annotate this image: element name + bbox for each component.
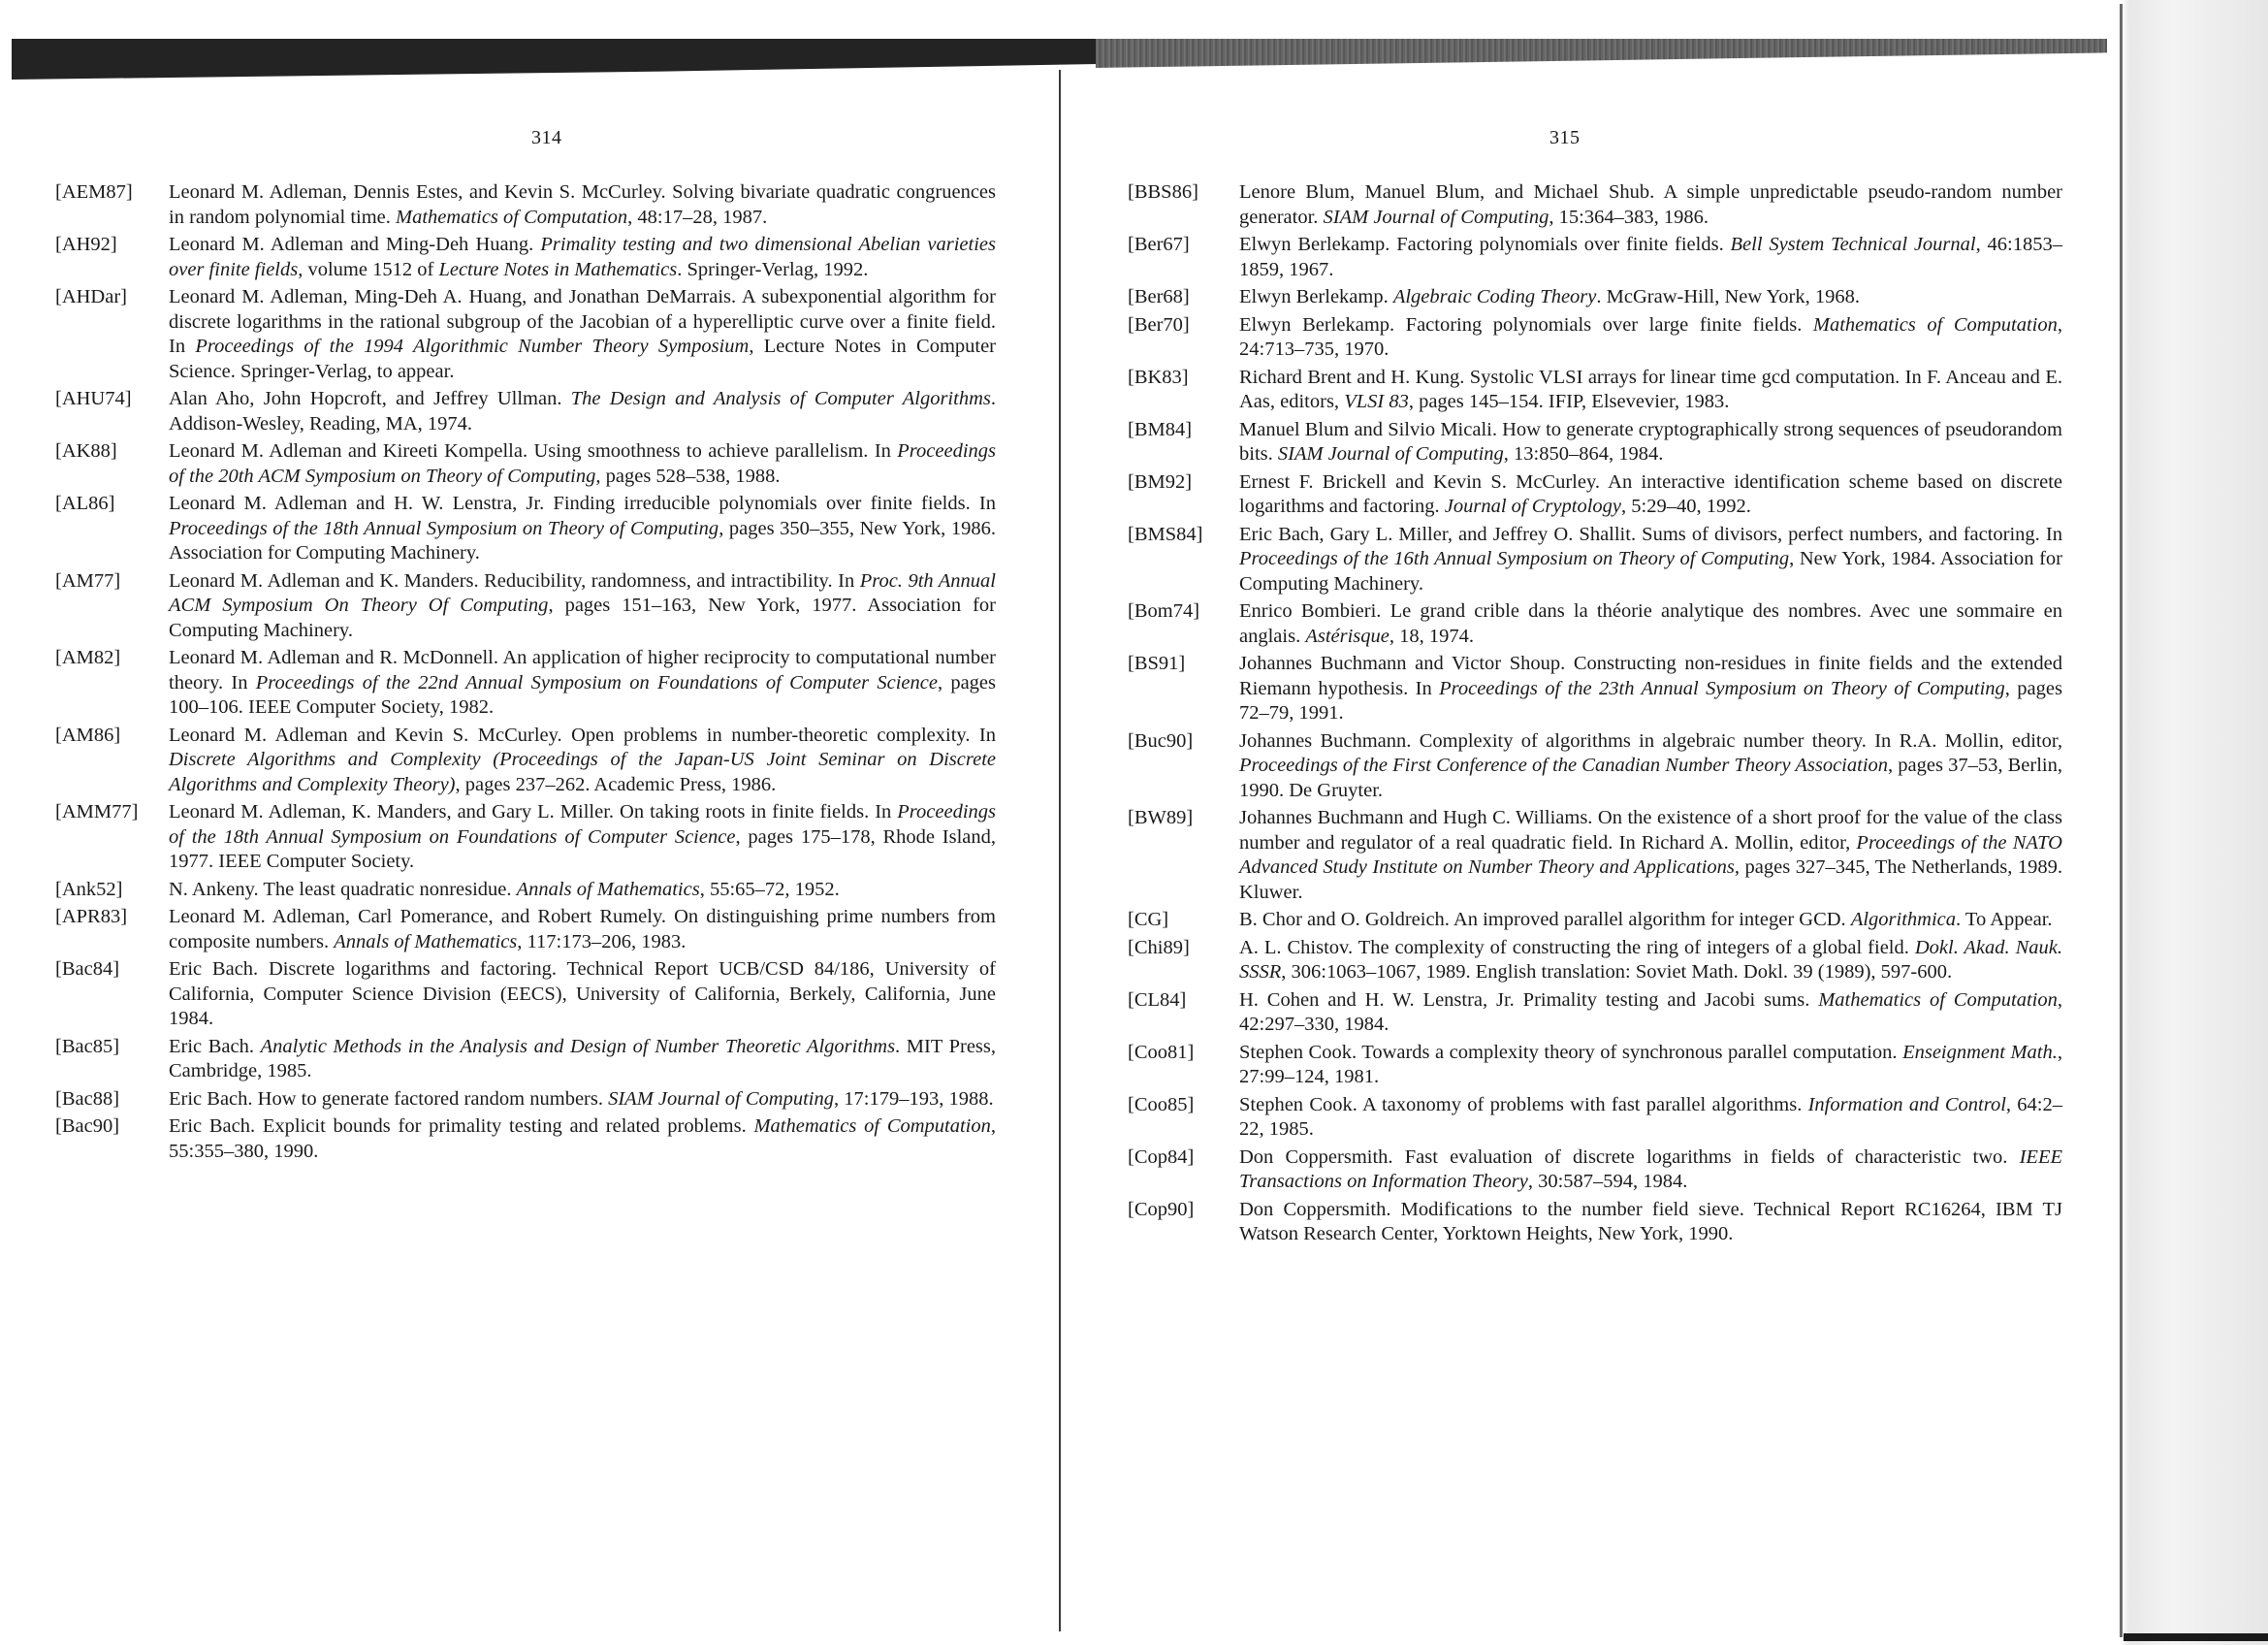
citation-title-italic: SIAM Journal of Computing <box>1324 207 1549 228</box>
citation-text-run: , 5:29–40, 1992. <box>1621 496 1751 517</box>
citation-text-run: , volume 1512 of <box>298 259 438 280</box>
citation-key: [AHU74] <box>55 387 169 436</box>
citation-text: Leonard M. Adleman and Kevin S. McCurley… <box>169 724 996 798</box>
citation-text-run: , 117:173–206, 1983. <box>517 931 686 952</box>
citation-key: [Coo85] <box>1128 1093 1239 1143</box>
citation-title-italic: Proceedings of the First Conference of t… <box>1239 755 1888 776</box>
citation-text: Eric Bach. Analytic Methods in the Analy… <box>169 1035 996 1084</box>
citation-text: Johannes Buchmann. Complexity of algorit… <box>1239 729 2062 804</box>
citation-text: Stephen Cook. Towards a complexity theor… <box>1239 1041 2062 1090</box>
bibliography-entry: [Bac85]Eric Bach. Analytic Methods in th… <box>55 1035 996 1084</box>
citation-title-italic: VLSI 83 <box>1344 391 1409 412</box>
citation-text-run: Johannes Buchmann. Complexity of algorit… <box>1239 730 2062 752</box>
citation-title-italic: Enseignment Math. <box>1902 1042 2058 1063</box>
citation-text: Eric Bach. Discrete logarithms and facto… <box>169 957 996 1032</box>
citation-text: Leonard M. Adleman, K. Manders, and Gary… <box>169 800 996 875</box>
citation-text: Ernest F. Brickell and Kevin S. McCurley… <box>1239 470 2062 520</box>
bibliography-entry: [BW89]Johannes Buchmann and Hugh C. Will… <box>1128 806 2062 905</box>
bibliography-entry: [Cop84]Don Coppersmith. Fast evaluation … <box>1128 1145 2062 1195</box>
citation-key: [AM86] <box>55 724 169 798</box>
citation-key: [APR83] <box>55 905 169 954</box>
bibliography-entry: [Ank52]N. Ankeny. The least quadratic no… <box>55 878 996 903</box>
citation-text: Leonard M. Adleman and Kireeti Kompella.… <box>169 439 996 489</box>
bibliography-entry: [AM86]Leonard M. Adleman and Kevin S. Mc… <box>55 724 996 798</box>
citation-text-run: Stephen Cook. A taxonomy of problems wit… <box>1239 1094 1808 1115</box>
citation-title-italic: Astérisque <box>1305 626 1390 647</box>
bibliography-entry: [CL84]H. Cohen and H. W. Lenstra, Jr. Pr… <box>1128 988 2062 1038</box>
citation-title-italic: Annals of Mathematics <box>334 931 517 952</box>
citation-title-italic: Mathematics of Computation <box>1813 314 2058 336</box>
citation-key: [Chi89] <box>1128 936 1239 985</box>
citation-text: Eric Bach. Explicit bounds for primality… <box>169 1114 996 1164</box>
bibliography-entry: [AL86]Leonard M. Adleman and H. W. Lenst… <box>55 492 996 566</box>
citation-title-italic: Bell System Technical Journal <box>1731 234 1976 255</box>
citation-text-run: , 13:850–864, 1984. <box>1504 443 1664 465</box>
page-number: 315 <box>1549 126 1581 149</box>
citation-text-run: , 306:1063–1067, 1989. English translati… <box>1281 961 1952 983</box>
citation-text-run: , pages 237–262. Academic Press, 1986. <box>456 774 777 795</box>
citation-text: Johannes Buchmann and Victor Shoup. Cons… <box>1239 652 2062 726</box>
citation-title-italic: Mathematics of Computation <box>396 207 627 228</box>
bibliography-entry: [Chi89]A. L. Chistov. The complexity of … <box>1128 936 2062 985</box>
citation-text-run: Elwyn Berlekamp. <box>1239 286 1393 307</box>
bibliography-entry: [Bac88]Eric Bach. How to generate factor… <box>55 1087 996 1113</box>
citation-key: [BBS86] <box>1128 180 1239 230</box>
bibliography-entry: [Bac84]Eric Bach. Discrete logarithms an… <box>55 957 996 1032</box>
citation-text: Leonard M. Adleman, Ming-Deh A. Huang, a… <box>169 285 996 384</box>
citation-key: [AHDar] <box>55 285 169 384</box>
citation-key: [Coo81] <box>1128 1041 1239 1090</box>
citation-key: [Ber70] <box>1128 313 1239 363</box>
citation-text-run: , 17:179–193, 1988. <box>834 1088 994 1110</box>
citation-text-run: Don Coppersmith. Fast evaluation of disc… <box>1239 1146 2020 1168</box>
citation-title-italic: Proceedings of the 18th Annual Symposium… <box>169 518 719 539</box>
citation-key: [BS91] <box>1128 652 1239 726</box>
citation-text: H. Cohen and H. W. Lenstra, Jr. Primalit… <box>1239 988 2062 1038</box>
citation-key: [Bom74] <box>1128 599 1239 649</box>
citation-text-run: , 55:65–72, 1952. <box>700 879 840 900</box>
citation-text: Elwyn Berlekamp. Factoring polynomials o… <box>1239 233 2062 282</box>
citation-text: Leonard M. Adleman and Ming-Deh Huang. P… <box>169 233 996 282</box>
page-number: 314 <box>531 126 562 149</box>
page-edge <box>2120 4 2123 1637</box>
citation-text-run: , pages 528–538, 1988. <box>595 466 780 487</box>
citation-text-run: N. Ankeny. The least quadratic nonresidu… <box>169 879 517 900</box>
citation-title-italic: Annals of Mathematics <box>517 879 700 900</box>
citation-text-run: Eric Bach. <box>169 1036 261 1057</box>
bibliography-entry: [BK83]Richard Brent and H. Kung. Systoli… <box>1128 366 2062 415</box>
bibliography-entry: [Bom74]Enrico Bombieri. Le grand crible … <box>1128 599 2062 649</box>
citation-text-run: Elwyn Berlekamp. Factoring polynomials o… <box>1239 314 1813 336</box>
citation-text: Elwyn Berlekamp. Algebraic Coding Theory… <box>1239 285 2062 310</box>
citation-text: B. Chor and O. Goldreich. An improved pa… <box>1239 908 2062 933</box>
citation-title-italic: Proceedings of the 23th Annual Symposium… <box>1439 678 2005 699</box>
citation-text: A. L. Chistov. The complexity of constru… <box>1239 936 2062 985</box>
citation-key: [Cop90] <box>1128 1198 1239 1247</box>
citation-text-run: , 30:587–594, 1984. <box>1528 1171 1688 1192</box>
bibliography-entry: [AK88]Leonard M. Adleman and Kireeti Kom… <box>55 439 996 489</box>
scan-edge-bar <box>2124 1633 2268 1641</box>
citation-key: [AM77] <box>55 569 169 644</box>
citation-title-italic: Algebraic Coding Theory <box>1393 286 1597 307</box>
citation-title-italic: Proceedings of the 16th Annual Symposium… <box>1239 548 1789 569</box>
citation-text: Leonard M. Adleman, Dennis Estes, and Ke… <box>169 180 996 230</box>
citation-title-italic: Information and Control <box>1808 1094 2006 1115</box>
citation-title-italic: Algorithmica <box>1851 909 1956 930</box>
citation-text-run: Eric Bach. Explicit bounds for primality… <box>169 1115 753 1137</box>
bibliography-entry: [BS91]Johannes Buchmann and Victor Shoup… <box>1128 652 2062 726</box>
citation-text: Manuel Blum and Silvio Micali. How to ge… <box>1239 418 2062 468</box>
bibliography-entry: [BMS84]Eric Bach, Gary L. Miller, and Je… <box>1128 523 2062 597</box>
citation-text-run: Leonard M. Adleman, K. Manders, and Gary… <box>169 801 897 822</box>
citation-text-run: Alan Aho, John Hopcroft, and Jeffrey Ull… <box>169 388 571 409</box>
citation-key: [AH92] <box>55 233 169 282</box>
citation-text: Elwyn Berlekamp. Factoring polynomials o… <box>1239 313 2062 363</box>
citation-text: Lenore Blum, Manuel Blum, and Michael Sh… <box>1239 180 2062 230</box>
citation-key: [CL84] <box>1128 988 1239 1038</box>
bibliography-entry: [AHU74]Alan Aho, John Hopcroft, and Jeff… <box>55 387 996 436</box>
citation-text: Leonard M. Adleman and R. McDonnell. An … <box>169 646 996 721</box>
bibliography-entry: [Ber70]Elwyn Berlekamp. Factoring polyno… <box>1128 313 2062 363</box>
citation-key: [Buc90] <box>1128 729 1239 804</box>
bibliography-entry: [BM84]Manuel Blum and Silvio Micali. How… <box>1128 418 2062 468</box>
citation-text-run: A. L. Chistov. The complexity of constru… <box>1239 937 1915 958</box>
citation-text-run: B. Chor and O. Goldreich. An improved pa… <box>1239 909 1851 930</box>
bibliography-entry: [Ber68]Elwyn Berlekamp. Algebraic Coding… <box>1128 285 2062 310</box>
citation-key: [Ber67] <box>1128 233 1239 282</box>
citation-title-italic: Mathematics of Computation <box>1818 989 2058 1011</box>
citation-title-italic: Journal of Cryptology <box>1445 496 1621 517</box>
citation-title-italic: Analytic Methods in the Analysis and Des… <box>261 1036 895 1057</box>
bibliography-entry: [AEM87]Leonard M. Adleman, Dennis Estes,… <box>55 180 996 230</box>
bibliography-entry: [AM82]Leonard M. Adleman and R. McDonnel… <box>55 646 996 721</box>
citation-title-italic: The Design and Analysis of Computer Algo… <box>571 388 991 409</box>
citation-key: [AEM87] <box>55 180 169 230</box>
citation-text: Johannes Buchmann and Hugh C. Williams. … <box>1239 806 2062 905</box>
bibliography-entry: [CG]B. Chor and O. Goldreich. An improve… <box>1128 908 2062 933</box>
citation-key: [AM82] <box>55 646 169 721</box>
citation-text-run: Don Coppersmith. Modifications to the nu… <box>1239 1199 2062 1245</box>
bibliography-list: [AEM87]Leonard M. Adleman, Dennis Estes,… <box>55 180 996 1167</box>
citation-text-run: , 15:364–383, 1986. <box>1549 207 1709 228</box>
citation-title-italic: SIAM Journal of Computing <box>1278 443 1504 465</box>
book-spine <box>1059 70 1061 1631</box>
citation-text-run: Leonard M. Adleman and Kevin S. McCurley… <box>169 725 996 746</box>
citation-text-run: Leonard M. Adleman and H. W. Lenstra, Jr… <box>169 493 996 514</box>
citation-text-run: . McGraw-Hill, New York, 1968. <box>1596 286 1860 307</box>
citation-text-run: Leonard M. Adleman and Kireeti Kompella.… <box>169 440 897 462</box>
citation-text-run: . Springer-Verlag, 1992. <box>677 259 868 280</box>
citation-text: Leonard M. Adleman and H. W. Lenstra, Jr… <box>169 492 996 566</box>
bibliography-list: [BBS86]Lenore Blum, Manuel Blum, and Mic… <box>1128 180 2062 1250</box>
bibliography-entry: [Bac90]Eric Bach. Explicit bounds for pr… <box>55 1114 996 1164</box>
citation-key: [BK83] <box>1128 366 1239 415</box>
citation-text-run: Elwyn Berlekamp. Factoring polynomials o… <box>1239 234 1731 255</box>
citation-text: Don Coppersmith. Modifications to the nu… <box>1239 1198 2062 1247</box>
citation-key: [Ank52] <box>55 878 169 903</box>
citation-text-run: H. Cohen and H. W. Lenstra, Jr. Primalit… <box>1239 989 1818 1011</box>
citation-key: [CG] <box>1128 908 1239 933</box>
bibliography-entry: [Coo85]Stephen Cook. A taxonomy of probl… <box>1128 1093 2062 1143</box>
citation-text-run: Eric Bach. Discrete logarithms and facto… <box>169 958 996 1029</box>
bibliography-entry: [Ber67]Elwyn Berlekamp. Factoring polyno… <box>1128 233 2062 282</box>
citation-key: [AK88] <box>55 439 169 489</box>
citation-text: Enrico Bombieri. Le grand crible dans la… <box>1239 599 2062 649</box>
bibliography-entry: [Cop90]Don Coppersmith. Modifications to… <box>1128 1198 2062 1247</box>
citation-key: [BMS84] <box>1128 523 1239 597</box>
bibliography-entry: [BBS86]Lenore Blum, Manuel Blum, and Mic… <box>1128 180 2062 230</box>
citation-text-run: Stephen Cook. Towards a complexity theor… <box>1239 1042 1902 1063</box>
bibliography-entry: [Buc90]Johannes Buchmann. Complexity of … <box>1128 729 2062 804</box>
citation-title-italic: Proceedings of the 22nd Annual Symposium… <box>256 672 938 693</box>
citation-key: [Bac88] <box>55 1087 169 1113</box>
citation-key: [Cop84] <box>1128 1145 1239 1195</box>
citation-key: [BM92] <box>1128 470 1239 520</box>
citation-text: Alan Aho, John Hopcroft, and Jeffrey Ull… <box>169 387 996 436</box>
bibliography-entry: [AH92]Leonard M. Adleman and Ming-Deh Hu… <box>55 233 996 282</box>
citation-text: Leonard M. Adleman and K. Manders. Reduc… <box>169 569 996 644</box>
citation-title-italic: Lecture Notes in Mathematics <box>438 259 677 280</box>
citation-key: [Bac85] <box>55 1035 169 1084</box>
citation-text-run: , 48:17–28, 1987. <box>627 207 767 228</box>
bibliography-entry: [AM77]Leonard M. Adleman and K. Manders.… <box>55 569 996 644</box>
citation-text-run: , 18, 1974. <box>1390 626 1474 647</box>
citation-key: [BW89] <box>1128 806 1239 905</box>
citation-text: N. Ankeny. The least quadratic nonresidu… <box>169 878 996 903</box>
bibliography-entry: [AMM77]Leonard M. Adleman, K. Manders, a… <box>55 800 996 875</box>
citation-key: [Ber68] <box>1128 285 1239 310</box>
citation-text: Don Coppersmith. Fast evaluation of disc… <box>1239 1145 2062 1195</box>
citation-key: [Bac90] <box>55 1114 169 1164</box>
citation-text: Leonard M. Adleman, Carl Pomerance, and … <box>169 905 996 954</box>
citation-key: [Bac84] <box>55 957 169 1032</box>
citation-key: [BM84] <box>1128 418 1239 468</box>
citation-text-run: Leonard M. Adleman and Ming-Deh Huang. <box>169 234 540 255</box>
bibliography-entry: [APR83]Leonard M. Adleman, Carl Pomeranc… <box>55 905 996 954</box>
citation-text-run: . To Appear. <box>1956 909 2053 930</box>
citation-title-italic: Proceedings of the 1994 Algorithmic Numb… <box>195 336 749 357</box>
citation-text-run: Leonard M. Adleman and K. Manders. Reduc… <box>169 570 860 592</box>
bibliography-entry: [Coo81]Stephen Cook. Towards a complexit… <box>1128 1041 2062 1090</box>
citation-title-italic: Mathematics of Computation <box>753 1115 990 1137</box>
citation-text: Stephen Cook. A taxonomy of problems wit… <box>1239 1093 2062 1143</box>
citation-text: Eric Bach, Gary L. Miller, and Jeffrey O… <box>1239 523 2062 597</box>
citation-key: [AMM77] <box>55 800 169 875</box>
citation-title-italic: SIAM Journal of Computing <box>608 1088 834 1110</box>
citation-text: Eric Bach. How to generate factored rand… <box>169 1087 996 1113</box>
citation-text-run: , pages 145–154. IFIP, Elsevevier, 1983. <box>1409 391 1730 412</box>
citation-text-run: Eric Bach. How to generate factored rand… <box>169 1088 608 1110</box>
bibliography-entry: [AHDar]Leonard M. Adleman, Ming-Deh A. H… <box>55 285 996 384</box>
bibliography-entry: [BM92]Ernest F. Brickell and Kevin S. Mc… <box>1128 470 2062 520</box>
citation-text: Richard Brent and H. Kung. Systolic VLSI… <box>1239 366 2062 415</box>
citation-key: [AL86] <box>55 492 169 566</box>
citation-text-run: Eric Bach, Gary L. Miller, and Jeffrey O… <box>1239 524 2062 545</box>
